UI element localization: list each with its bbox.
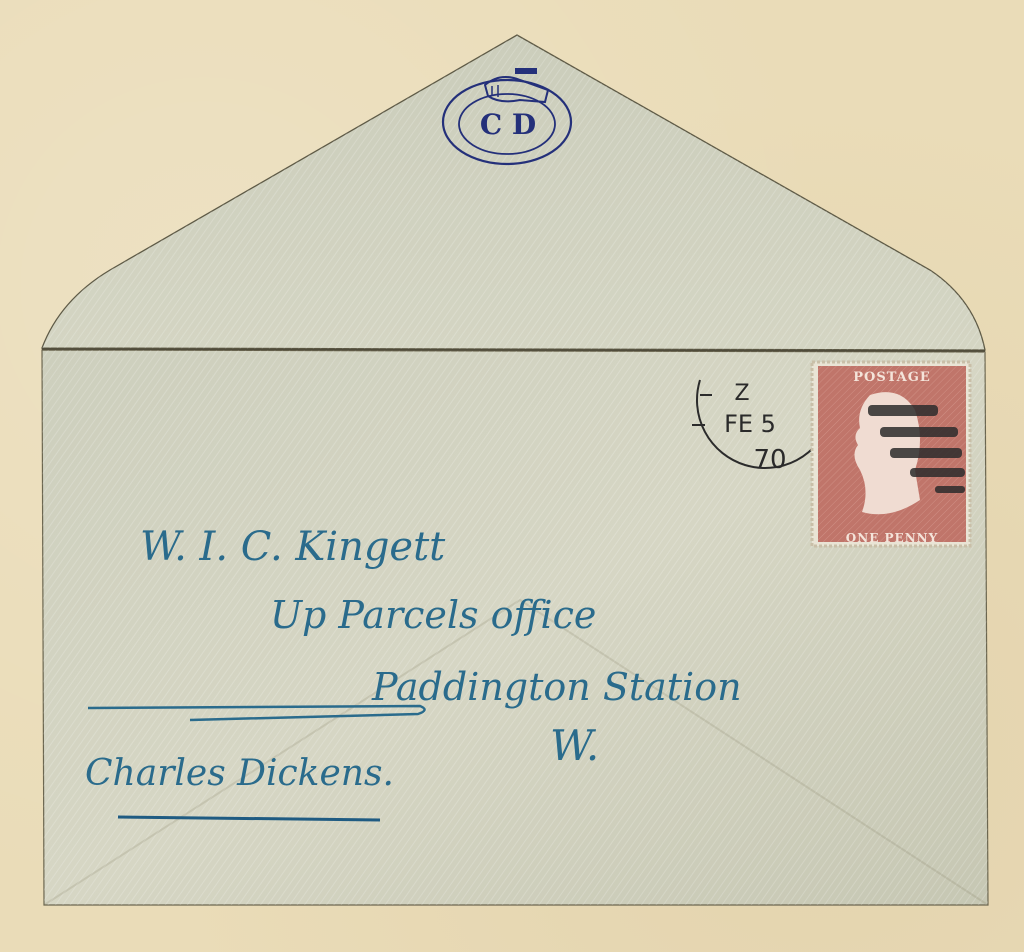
envelope-scene: C D Z FE 5 70 POSTAGE ONE PENNY W. I. C.… (0, 0, 1024, 952)
address-line4: W. (550, 721, 599, 770)
address-line1: W. I. C. Kingett (140, 524, 446, 570)
stamp-top-label: POSTAGE (853, 370, 931, 385)
postmark-date: FE 5 (724, 410, 776, 438)
penny-red-stamp: POSTAGE ONE PENNY (812, 362, 970, 546)
stamp-bottom-label: ONE PENNY (846, 531, 938, 545)
envelope-flap (42, 35, 985, 351)
postmark-year: 70 (753, 445, 786, 475)
address-line2: Up Parcels office (270, 593, 596, 637)
monogram-letters: C D (480, 108, 536, 141)
address-line3: Paddington Station (371, 665, 742, 709)
postmark-line1: Z (734, 381, 749, 406)
signature-text: Charles Dickens. (85, 753, 394, 794)
